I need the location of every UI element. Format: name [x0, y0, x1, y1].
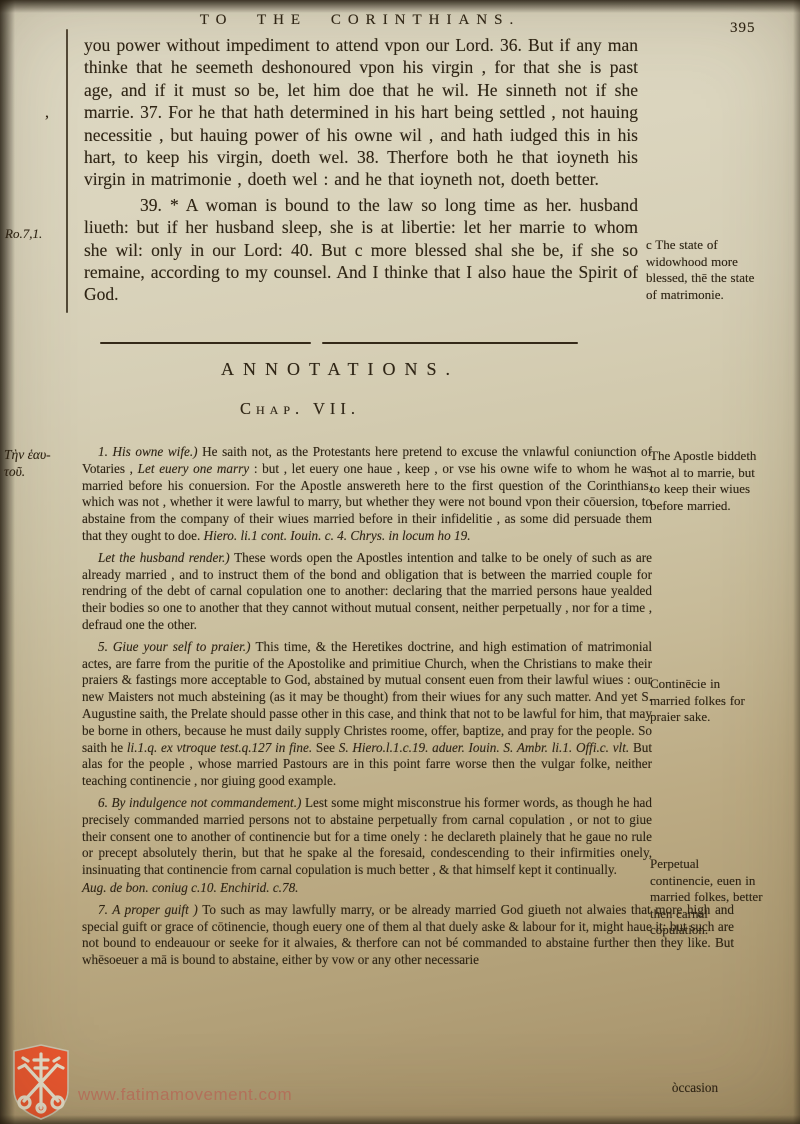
annotation-paragraph: Let the husband render.) These words ope… — [82, 550, 652, 634]
scanned-page: TO THE CORINTHIANS. 395 , you power with… — [0, 0, 800, 1124]
annotation-paragraphs: 1. His owne wife.) He saith not, as the … — [82, 444, 652, 974]
annotation-segment: S. Hiero.l.1.c.19. aduer. Iouin. S. Ambr… — [339, 740, 633, 755]
scan-edge-right — [793, 0, 800, 1124]
scan-edge-bottom — [0, 1115, 800, 1124]
scripture-text-block: you power without impediment to attend v… — [84, 34, 638, 306]
papal-keys-shield-icon — [10, 1042, 72, 1122]
annotations-heading: ANNOTATIONS. — [40, 359, 640, 380]
annotation-segment: 6. By indulgence not commandement.) — [98, 795, 305, 810]
running-header: TO THE CORINTHIANS. — [60, 12, 660, 29]
annotation-paragraph: 6. By indulgence not commandement.) Lest… — [82, 795, 652, 879]
citation-line: Aug. de bon. coniug c.10. Enchirid. c.78… — [82, 880, 652, 897]
margin-note-apostle: The Apostle biddeth not al to marrie, bu… — [650, 448, 764, 514]
annotation-segment: This time, & the Heretikes doctrine, and… — [82, 639, 652, 755]
margin-note-perpetual: Perpetual continencie, euen in married f… — [650, 856, 764, 939]
annotation-segment: 1. His owne wife.) — [98, 444, 202, 459]
annotation-segment: 7. A proper guift ) — [98, 902, 202, 917]
stray-mark: , — [45, 104, 49, 122]
scan-edge-left — [0, 0, 15, 1124]
scripture-paragraph: 39. * A woman is bound to the law so lon… — [84, 194, 638, 306]
annotation-paragraph: 1. His owne wife.) He saith not, as the … — [82, 444, 652, 545]
margin-greek-gloss: Τὴν ἑαυ- τοῦ. — [4, 446, 72, 480]
margin-reference: Ro.7,1. — [5, 226, 42, 242]
section-divider-right — [322, 342, 578, 344]
annotation-segment: Let the husband render.) — [98, 550, 234, 565]
annotation-segment: Let euery one marry — [138, 461, 254, 476]
annotation-segment: 5. Giue your self to praier.) — [98, 639, 256, 654]
margin-note-continencie: Continēcie in married folkes for praier … — [650, 676, 764, 726]
annotation-paragraph: 5. Giue your self to praier.) This time,… — [82, 639, 652, 790]
margin-note-widowhood: c The state of widowhood more blessed, t… — [646, 237, 760, 303]
chapter-heading: Chap. VII. — [0, 399, 600, 419]
column-rule — [66, 29, 68, 313]
scripture-paragraph: you power without impediment to attend v… — [84, 34, 638, 191]
watermark-url: www.fatimamovement.com — [78, 1085, 292, 1105]
annotation-paragraph: 7. A proper guift ) To such as may lawfu… — [82, 902, 734, 969]
annotation-segment: Hiero. li.1 cont. Iouin. c. 4. Chrys. in… — [204, 528, 471, 543]
page-number: 395 — [730, 20, 756, 37]
annotation-segment: li.1.q. ex vtroque test.q.127 in fine. — [127, 740, 316, 755]
section-divider-left — [100, 342, 311, 344]
annotation-segment: See — [316, 740, 339, 755]
catchword: òccasion — [640, 1080, 750, 1096]
